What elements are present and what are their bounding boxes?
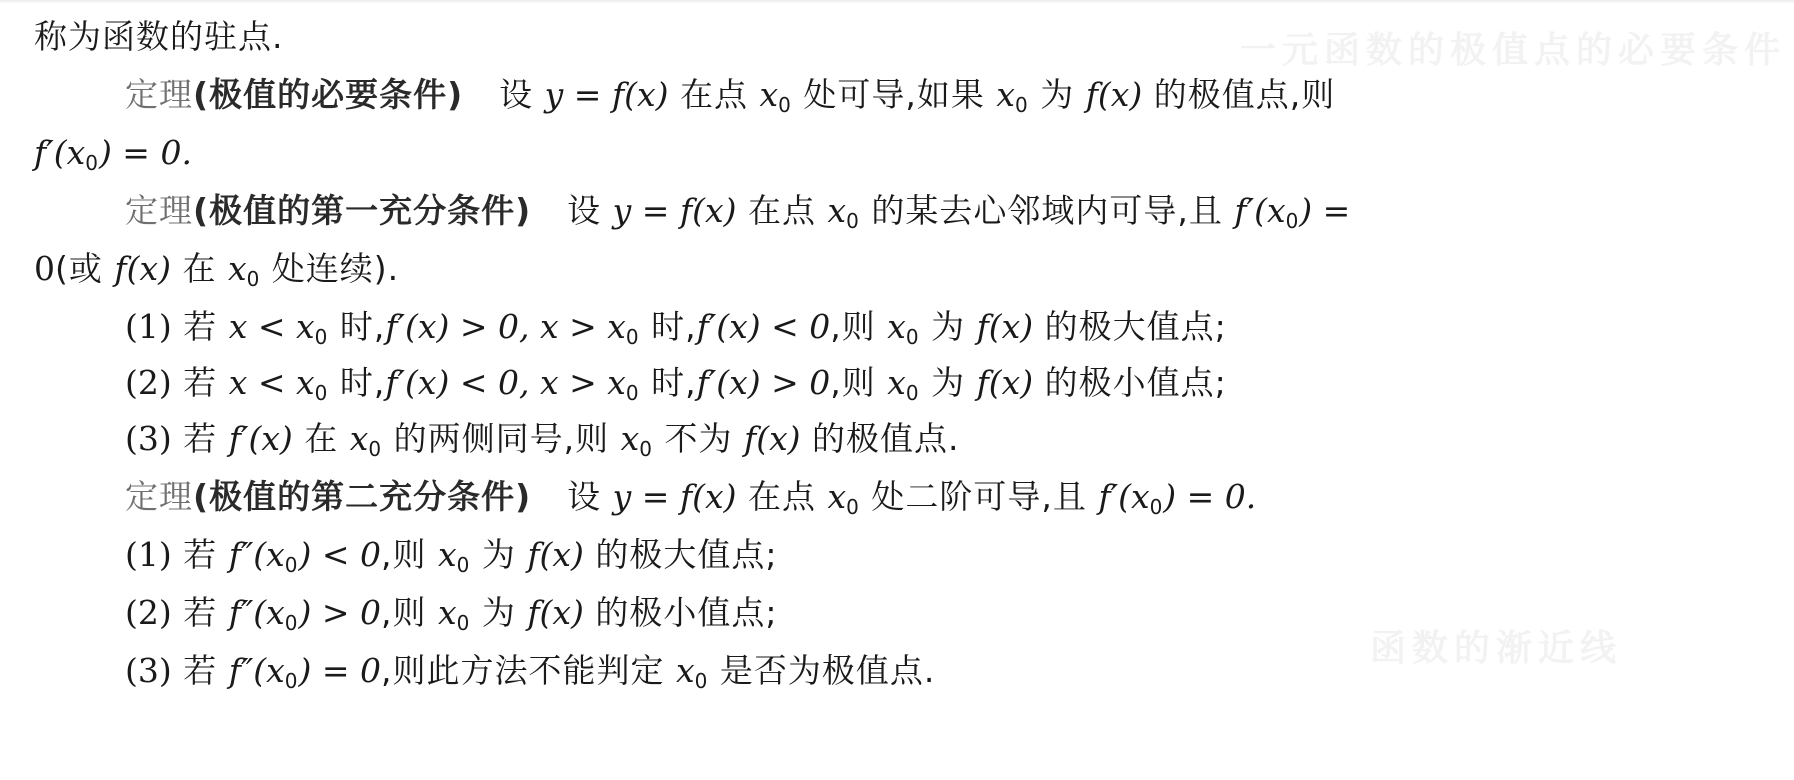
text: ,则此方法不能判定: [381, 651, 676, 690]
text: 为: [1029, 75, 1086, 114]
math: x: [996, 75, 1015, 114]
subscript: 0: [247, 267, 261, 291]
math: f′(x: [1234, 191, 1285, 230]
subscript: 0: [695, 669, 709, 693]
text: 设: [567, 191, 613, 230]
text: 若: [172, 363, 229, 402]
text: 时,: [328, 307, 385, 346]
text: 为: [470, 535, 527, 574]
math: x: [887, 307, 906, 346]
math: x: [438, 593, 457, 632]
text: 为: [470, 593, 527, 632]
math: x < x: [229, 363, 315, 402]
subscript: 0: [626, 325, 640, 349]
subscript: 0: [315, 325, 329, 349]
item-number: (1): [125, 535, 172, 574]
text: 设: [567, 477, 613, 516]
math: y = f(x): [613, 191, 737, 230]
item-number: (2): [125, 593, 172, 632]
math: x: [350, 419, 369, 458]
text: 是否为极值点.: [708, 651, 935, 690]
math: f′(x) < 0: [697, 307, 831, 346]
text: 在点: [737, 477, 828, 516]
subscript: 0: [778, 93, 792, 117]
text: 的两侧同号,则: [382, 419, 620, 458]
math: ) = 0.: [99, 133, 192, 172]
math: f′(x: [34, 133, 85, 172]
text: 的极大值点;: [584, 535, 778, 574]
theorem-necessary-condition-cont: f′(x0) = 0.: [34, 130, 192, 186]
text: 的极大值点;: [1033, 307, 1227, 346]
math: f(x): [977, 363, 1034, 402]
condition-item-1: (1) 若 x < x0 时,f′(x) > 0, x > x0 时,f′(x)…: [125, 304, 1227, 360]
second-condition-item-1: (1) 若 f″(x0) < 0,则 x0 为 f(x) 的极大值点;: [125, 532, 778, 588]
text: 为: [920, 363, 977, 402]
math: ) > 0: [299, 593, 382, 632]
text: 时,: [328, 363, 385, 402]
math: f″(x: [229, 535, 285, 574]
math: y = f(x): [545, 75, 669, 114]
math: f′(x) > 0: [697, 363, 831, 402]
subscript: 0: [285, 611, 299, 635]
math: ) < 0: [299, 535, 382, 574]
theorem-second-sufficient-condition: 定理(极值的第二充分条件)设 y = f(x) 在点 x0 处二阶可导,且 f′…: [125, 474, 1256, 530]
text: 处可导,如果: [792, 75, 996, 114]
text: 处连续).: [260, 249, 399, 288]
math: f(x): [527, 535, 584, 574]
item-number: (1): [125, 307, 172, 346]
subscript: 0: [285, 553, 299, 577]
math: f″(x: [229, 593, 285, 632]
page-top-edge: [0, 0, 1794, 3]
subscript: 0: [315, 381, 329, 405]
text: 不为: [653, 419, 744, 458]
theorem-first-sufficient-cont: 0(或 f(x) 在 x0 处连续).: [34, 246, 399, 302]
text: 若: [172, 307, 229, 346]
text: 若: [172, 419, 229, 458]
theorem-label: 定理: [125, 75, 193, 114]
subscript: 0: [906, 325, 920, 349]
math: f′(x) < 0, x > x: [385, 363, 626, 402]
intro-line: 称为函数的驻点.: [34, 14, 284, 60]
math: f(x): [1086, 75, 1143, 114]
text: 的极小值点;: [1033, 363, 1227, 402]
text: ,则: [830, 363, 887, 402]
text: 为: [920, 307, 977, 346]
math: f″(x: [229, 651, 285, 690]
text: 的极小值点;: [584, 593, 778, 632]
text: 设: [499, 75, 545, 114]
subscript: 0: [846, 209, 860, 233]
textbook-page: 一元函数的极值点的必要条件 函数的渐近线 称为函数的驻点. 定理(极值的必要条件…: [0, 0, 1794, 780]
theorem-label: 定理: [125, 191, 193, 230]
subscript: 0: [1150, 495, 1164, 519]
math: f′(x: [1098, 477, 1149, 516]
math: x: [760, 75, 779, 114]
condition-item-2: (2) 若 x < x0 时,f′(x) < 0, x > x0 时,f′(x)…: [125, 360, 1227, 416]
math: x: [828, 477, 847, 516]
text: ,则: [830, 307, 887, 346]
math: x: [676, 651, 695, 690]
theorem-name: (极值的第二充分条件): [193, 477, 531, 516]
math: f(x): [527, 593, 584, 632]
subscript: 0: [639, 437, 653, 461]
text: (或: [55, 249, 114, 288]
subscript: 0: [626, 381, 640, 405]
bleed-through-text: 一元函数的极值点的必要条件: [1240, 22, 1786, 73]
text: 若: [172, 593, 229, 632]
text: 时,: [640, 307, 697, 346]
math: f(x): [744, 419, 801, 458]
subscript: 0: [846, 495, 860, 519]
math: x: [228, 249, 247, 288]
text: 若: [172, 651, 229, 690]
text: ,则: [381, 535, 438, 574]
intro-text: 称为函数的驻点.: [34, 17, 284, 56]
item-number: (2): [125, 363, 172, 402]
text: ,则: [381, 593, 438, 632]
condition-item-3: (3) 若 f′(x) 在 x0 的两侧同号,则 x0 不为 f(x) 的极值点…: [125, 416, 960, 472]
math: ) = 0.: [1163, 477, 1256, 516]
math: f′(x) > 0, x > x: [385, 307, 626, 346]
math: x: [621, 419, 640, 458]
math: f(x): [977, 307, 1034, 346]
math: x: [828, 191, 847, 230]
subscript: 0: [457, 611, 471, 635]
item-number: (3): [125, 651, 172, 690]
math: x: [438, 535, 457, 574]
bleed-through-heading: 函数的渐近线: [1370, 620, 1622, 671]
math: y = f(x): [613, 477, 737, 516]
text: 的极值点,则: [1142, 75, 1335, 114]
subscript: 0: [1015, 93, 1029, 117]
theorem-name: (极值的第一充分条件): [193, 191, 531, 230]
text: 时,: [640, 363, 697, 402]
text: 在: [293, 419, 350, 458]
theorem-necessary-condition: 定理(极值的必要条件)设 y = f(x) 在点 x0 处可导,如果 x0 为 …: [125, 72, 1335, 128]
subscript: 0: [906, 381, 920, 405]
text: 在点: [669, 75, 760, 114]
theorem-name: (极值的必要条件): [193, 75, 463, 114]
math: f′(x): [229, 419, 293, 458]
subscript: 0: [457, 553, 471, 577]
math: 0: [34, 249, 55, 288]
math: ) = 0: [299, 651, 382, 690]
math: x: [887, 363, 906, 402]
math: ) =: [1299, 191, 1350, 230]
math: f(x): [114, 249, 171, 288]
theorem-label: 定理: [125, 477, 193, 516]
text: 若: [172, 535, 229, 574]
text: 处二阶可导,且: [860, 477, 1098, 516]
math: x < x: [229, 307, 315, 346]
second-condition-item-3: (3) 若 f″(x0) = 0,则此方法不能判定 x0 是否为极值点.: [125, 648, 935, 704]
theorem-first-sufficient-condition: 定理(极值的第一充分条件)设 y = f(x) 在点 x0 的某去心邻域内可导,…: [125, 188, 1350, 244]
second-condition-item-2: (2) 若 f″(x0) > 0,则 x0 为 f(x) 的极小值点;: [125, 590, 778, 646]
text: 的某去心邻域内可导,且: [860, 191, 1234, 230]
text: 的极值点.: [801, 419, 960, 458]
subscript: 0: [85, 151, 99, 175]
subscript: 0: [285, 669, 299, 693]
text: 在点: [737, 191, 828, 230]
item-number: (3): [125, 419, 172, 458]
subscript: 0: [368, 437, 382, 461]
text: 在: [171, 249, 228, 288]
subscript: 0: [1286, 209, 1300, 233]
